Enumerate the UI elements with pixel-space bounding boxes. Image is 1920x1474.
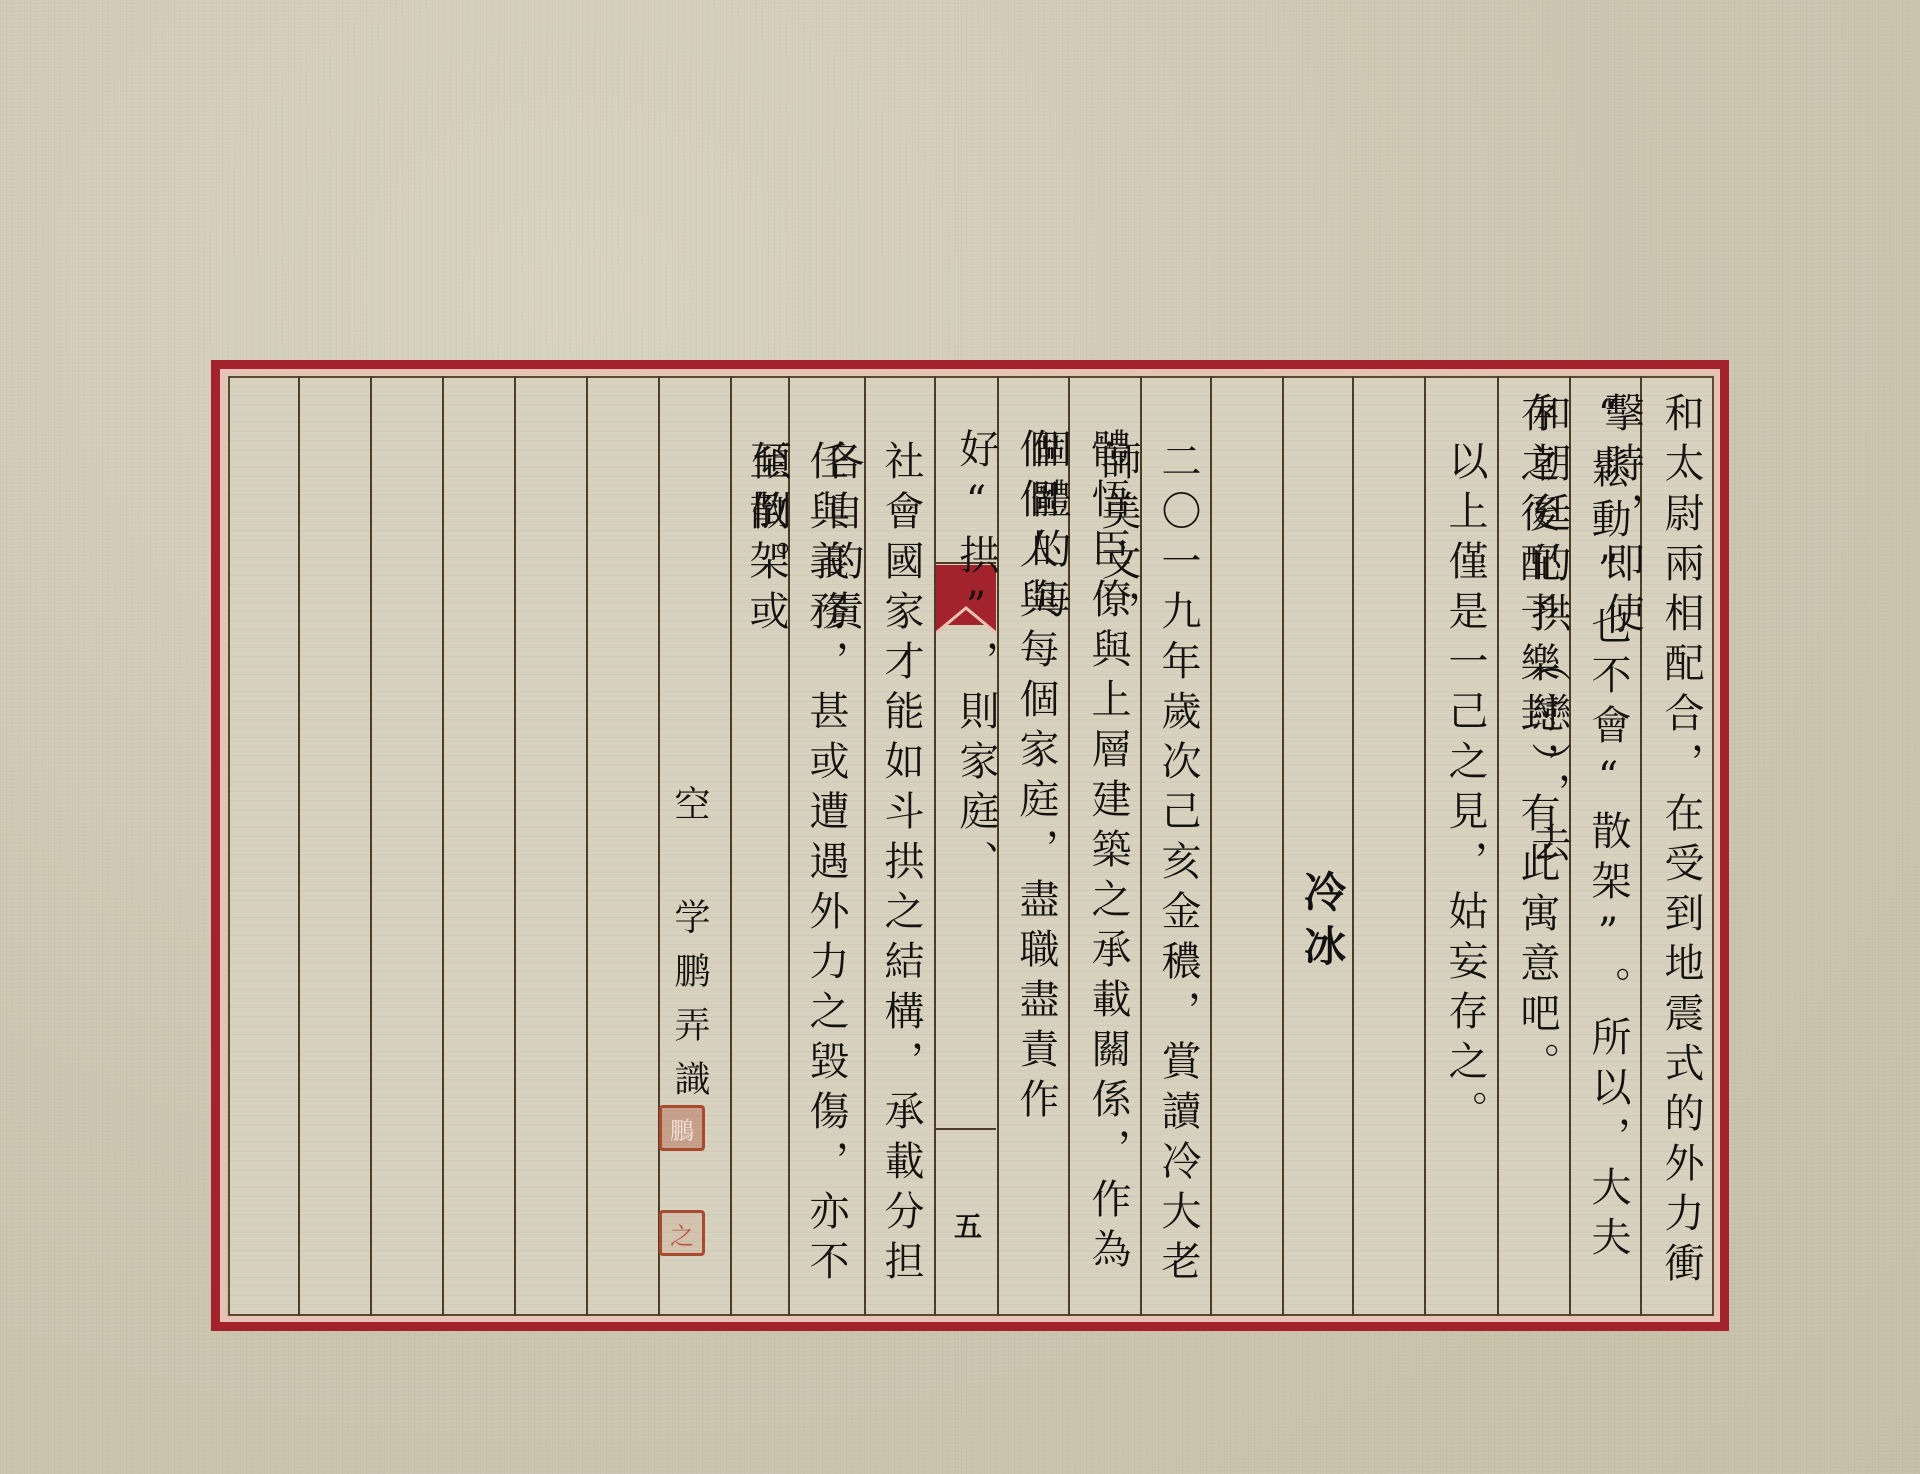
text-column: 社會國家才能如斗拱之結構，承載分担各自的責 (871, 440, 931, 1310)
grid-column-line (934, 376, 936, 1316)
grid-column-line (658, 376, 660, 1316)
page-number: 五 (948, 1205, 988, 1245)
grid-column-line (586, 376, 588, 1316)
grid-column-line (370, 376, 372, 1316)
grid-column-line (1424, 376, 1426, 1316)
author-signature: 空 学鹏弄識 (664, 785, 715, 1114)
grid-column-line (730, 376, 732, 1316)
essay-title-signature: 冷冰 (1292, 870, 1352, 978)
text-column: 存之後配予樂封，有此寓意吧。 (1507, 392, 1567, 1302)
seal-stamp: 鵬 (659, 1105, 705, 1151)
grid-column-line (514, 376, 516, 1316)
grid-column-line (1282, 376, 1284, 1316)
text-column: 個個人與每個家庭，盡職盡責作好“拱”，則家庭、 (1006, 428, 1066, 1308)
grid-column-line (298, 376, 300, 1316)
grid-column-line (1497, 376, 1499, 1316)
text-column: 傾倒。 (738, 440, 798, 640)
grid-column-line (442, 376, 444, 1316)
grid-column-line (1210, 376, 1212, 1316)
text-column: 和太尉兩相配合，在受到地震式的外力衝擊時，即使 (1651, 392, 1711, 1302)
text-column: 以上僅是一己之見，姑妄存之。 (1435, 440, 1495, 1300)
text-column: “鬆動”也不會“散架”。所以，大夫和朝廷的拱（戀），去 (1578, 392, 1638, 1302)
text-column: 任與義務，甚或遭遇外力之毀傷，亦不至散架或 (796, 440, 856, 1310)
grid-column-line (1352, 376, 1354, 1316)
fold-bottom-rule (936, 1128, 996, 1130)
text-column: 二〇一九年歲次己亥金穠，賞讀冷大老師美文， (1148, 440, 1208, 1300)
text-column: 體悟臣僚與上層建築之承載關係，作為個體的每 (1078, 428, 1138, 1308)
seal-stamp: 之 (659, 1210, 705, 1256)
